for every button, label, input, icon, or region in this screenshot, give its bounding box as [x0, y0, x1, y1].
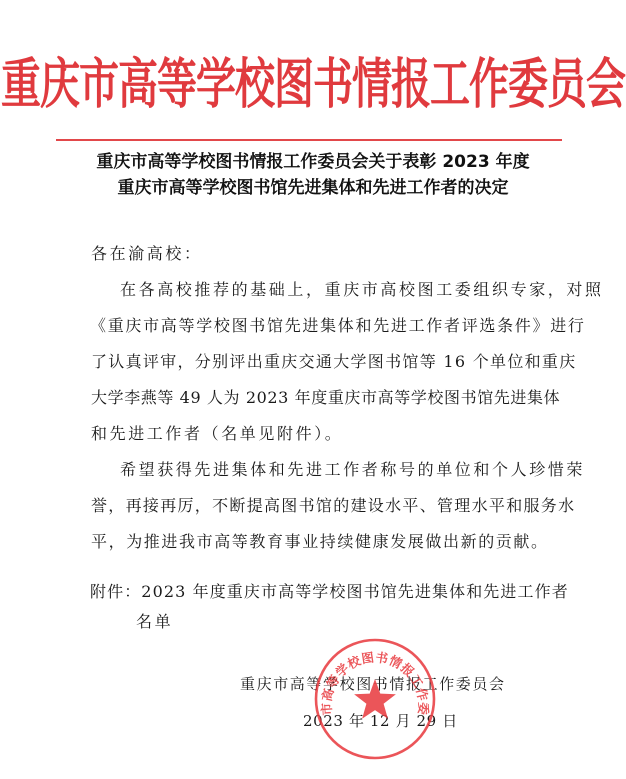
- paragraph-line: 和先进工作者（名单见附件）。: [91, 421, 343, 444]
- signature-date: 2023 年 12 月 29 日: [303, 710, 458, 731]
- paragraph-line: 希望获得先进集体和先进工作者称号的单位和个人珍惜荣: [120, 457, 585, 480]
- document-title-line-1: 重庆市高等学校图书情报工作委员会关于表彰 2023 年度: [0, 149, 626, 175]
- paragraph-line: 平，为推进我市高等教育事业持续健康发展做出新的贡献。: [91, 529, 549, 552]
- salutation: 各在渝高校：: [91, 241, 203, 264]
- letterhead-divider: [56, 139, 562, 141]
- paragraph-line: 誉，再接再厉，不断提高图书馆的建设水平、管理水平和服务水: [91, 493, 575, 516]
- official-seal: 重庆市高等学校图书情报工作委员会: [313, 637, 437, 761]
- paragraph-line: 在各高校推荐的基础上，重庆市高校图工委组织专家，对照: [120, 277, 604, 300]
- letterhead-title: 重庆市高等学校图书情报工作委员会: [0, 58, 626, 112]
- paragraph-line: 大学李燕等 49 人为 2023 年度重庆市高等学校图书馆先进集体: [91, 385, 560, 408]
- document-title: 重庆市高等学校图书情报工作委员会关于表彰 2023 年度 重庆市高等学校图书馆先…: [0, 149, 626, 201]
- attachment-line-1: 附件：2023 年度重庆市高等学校图书馆先进集体和先进工作者: [90, 579, 569, 602]
- paragraph-line: 了认真评审，分别评出重庆交通大学图书馆等 16 个单位和重庆: [91, 349, 577, 372]
- attachment-line-2: 名单: [136, 609, 173, 632]
- signature-organization: 重庆市高等学校图书情报工作委员会: [240, 673, 506, 694]
- document-title-line-2: 重庆市高等学校图书馆先进集体和先进工作者的决定: [0, 175, 626, 201]
- document-page: 重庆市高等学校图书情报工作委员会 重庆市高等学校图书情报工作委员会关于表彰 20…: [0, 0, 626, 779]
- paragraph-line: 《重庆市高等学校图书馆先进集体和先进工作者评选条件》进行: [90, 313, 586, 336]
